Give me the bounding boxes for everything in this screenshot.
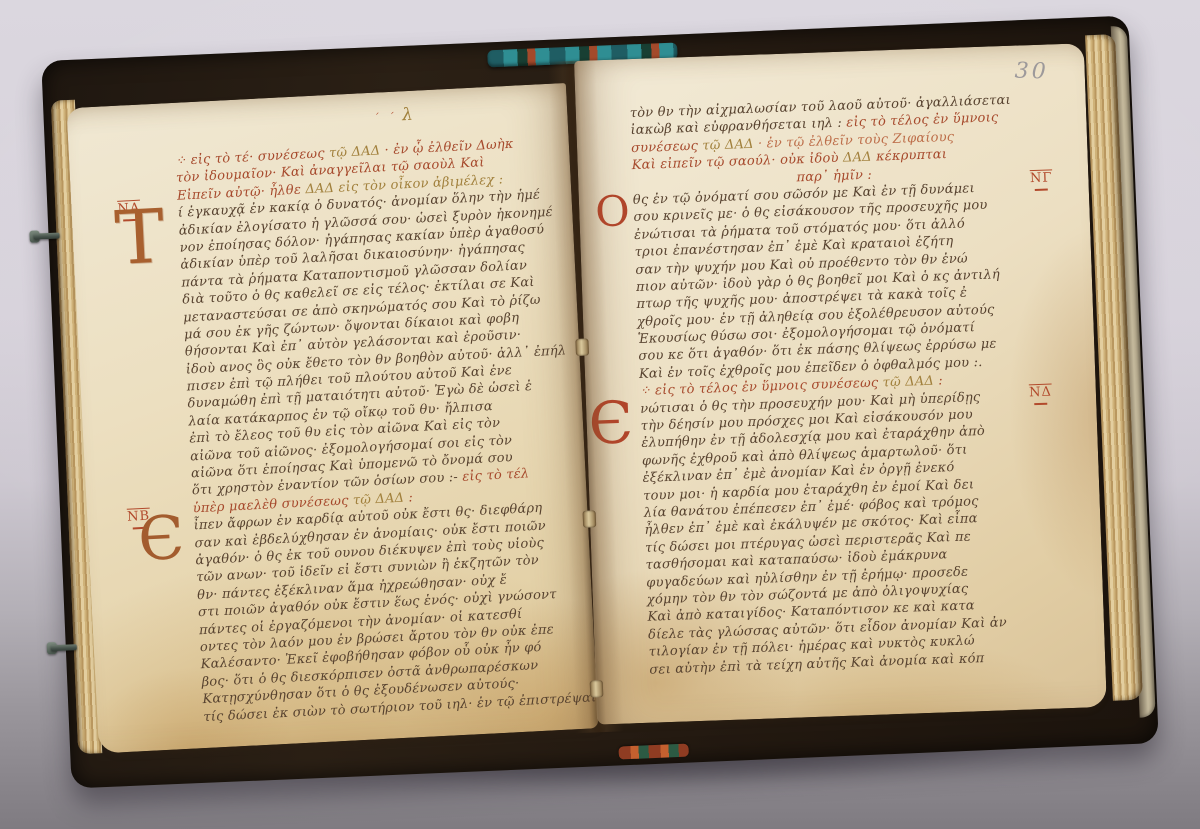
clasp-bar bbox=[33, 232, 59, 239]
right-page: 30 ΝΓ ΝΔ τὸν θν τὴν αἰχμαλωσίαν τοῦ λαοῦ… bbox=[574, 43, 1107, 724]
illuminated-initial: Ο bbox=[595, 190, 631, 233]
manuscript-book: ΄ ΄ λ ΝΑ ΝΒ ⁘ εἰς τὸ τέ· συνέσεως τῷ ΔΑΔ… bbox=[41, 16, 1159, 789]
photo-background: ΄ ΄ λ ΝΑ ΝΒ ⁘ εἰς τὸ τέ· συνέσεως τῷ ΔΑΔ… bbox=[0, 0, 1200, 829]
right-page-text-column: τὸν θν τὴν αἰχμαλωσίαν τοῦ λαοῦ αὐτοῦ· ἀ… bbox=[630, 91, 1054, 679]
illuminated-initial: Є bbox=[137, 508, 186, 570]
clasp-bar bbox=[51, 644, 77, 651]
illuminated-initial: Є bbox=[588, 393, 635, 453]
clasp-pin-bottom bbox=[51, 640, 88, 655]
psalm-section: Єνώτισαι ὁ θς τὴν προσευχήν μου· Καὶ μὴ … bbox=[640, 386, 1053, 678]
folio-number-pencil: 30 bbox=[1014, 58, 1049, 84]
psalm-number-tail bbox=[1035, 189, 1048, 191]
sewing-thread bbox=[575, 338, 589, 356]
gold-annotation: ΄ ΄ λ bbox=[373, 105, 414, 127]
sewing-thread bbox=[583, 510, 597, 528]
gold-annotation-letter: λ bbox=[402, 105, 414, 126]
illuminated-initial: Τ bbox=[113, 200, 166, 276]
clasp-pin-top bbox=[33, 228, 70, 243]
psalm-section: Τί ἐγκαυχᾷ ἐν κακίᾳ ὁ δυνατός· ἀνομίαν ὅ… bbox=[177, 185, 583, 500]
sewing-thread bbox=[590, 680, 604, 698]
left-page-text-column: ⁘ εἰς τὸ τέ· συνέσεως τῷ ΔΑΔ · ἐν ᾧ ἐλθε… bbox=[175, 133, 596, 726]
red-tick-marks: ΄ ΄ bbox=[373, 111, 397, 125]
psalm-section: Οθς ἐν τῷ ὀνόματί σου σῶσόν με Καὶ ἐν τῇ… bbox=[633, 178, 1043, 383]
psalm-section: Єἶπεν ἄφρων ἐν καρδίᾳ αὐτοῦ οὐκ ἔστι θς·… bbox=[193, 498, 595, 726]
left-page: ΄ ΄ λ ΝΑ ΝΒ ⁘ εἰς τὸ τέ· συνέσεως τῷ ΔΑΔ… bbox=[66, 83, 598, 753]
